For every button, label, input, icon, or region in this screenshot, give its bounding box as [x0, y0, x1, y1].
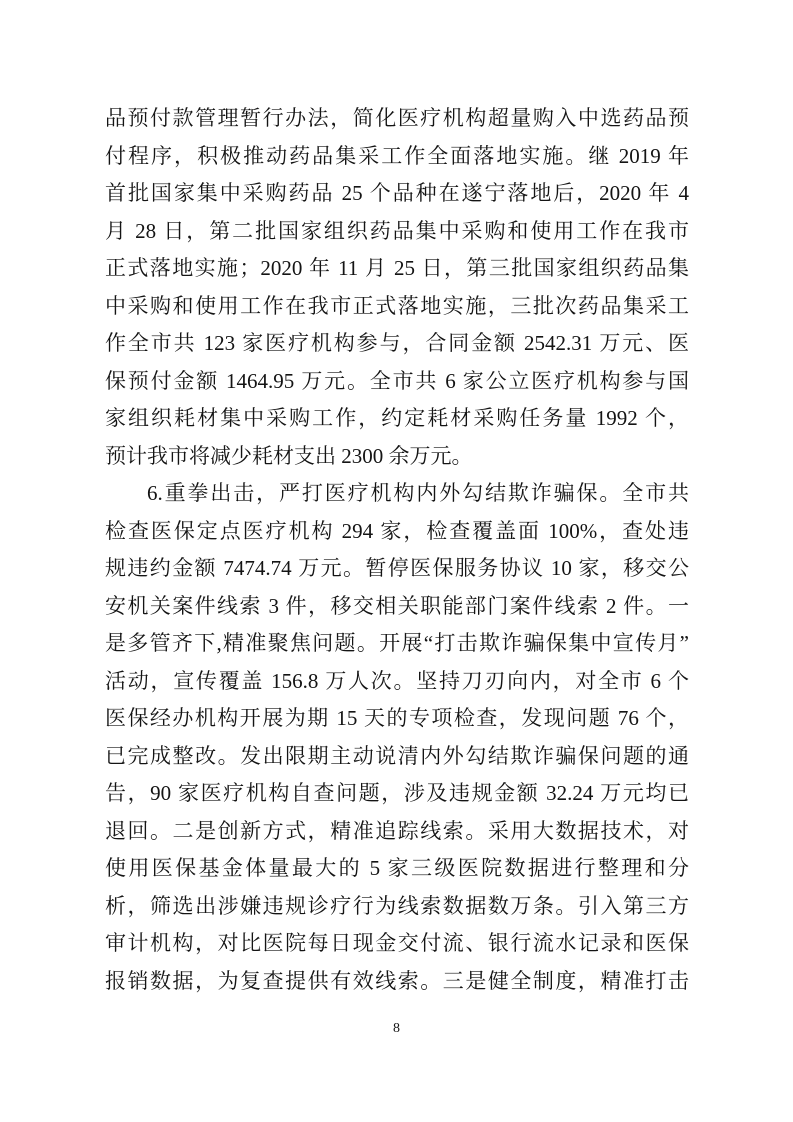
text-line: 安机关案件线索 3 件，移交相关职能部门案件线索 2 件。一	[105, 588, 689, 626]
text-line: 6.重拳出击，严打医疗机构内外勾结欺诈骗保。全市共	[105, 475, 689, 513]
text-line: 保预付金额 1464.95 万元。全市共 6 家公立医疗机构参与国	[105, 363, 689, 401]
text-line: 检查医保定点医疗机构 294 家，检查覆盖面 100%，查处违	[105, 513, 689, 551]
text-line: 已完成整改。发出限期主动说清内外勾结欺诈骗保问题的通	[105, 738, 689, 776]
text-line: 规违约金额 7474.74 万元。暂停医保服务协议 10 家，移交公	[105, 550, 689, 588]
paragraph: 品预付款管理暂行办法，简化医疗机构超量购入中选药品预付程序，积极推动药品集采工作…	[105, 100, 689, 475]
text-line: 报销数据，为复查提供有效线索。三是健全制度，精准打击	[105, 963, 689, 1001]
text-line: 作全市共 123 家医疗机构参与，合同金额 2542.31 万元、医	[105, 325, 689, 363]
page-footer: 8	[0, 1018, 793, 1040]
text-line: 退回。二是创新方式，精准追踪线索。采用大数据技术，对	[105, 813, 689, 851]
text-line: 付程序，积极推动药品集采工作全面落地实施。继 2019 年	[105, 138, 689, 176]
text-line: 品预付款管理暂行办法，简化医疗机构超量购入中选药品预	[105, 100, 689, 138]
text-line: 告，90 家医疗机构自查问题，涉及违规金额 32.24 万元均已	[105, 775, 689, 813]
text-line: 活动，宣传覆盖 156.8 万人次。坚持刀刃向内，对全市 6 个	[105, 663, 689, 701]
text-line: 正式落地实施；2020 年 11 月 25 日，第三批国家组织药品集	[105, 250, 689, 288]
text-line: 中采购和使用工作在我市正式落地实施，三批次药品集采工	[105, 288, 689, 326]
text-line: 使用医保基金体量最大的 5 家三级医院数据进行整理和分	[105, 850, 689, 888]
text-line: 是多管齐下,精准聚焦问题。开展“打击欺诈骗保集中宣传月”	[105, 625, 689, 663]
text-line: 审计机构，对比医院每日现金交付流、银行流水记录和医保	[105, 925, 689, 963]
document-page: 品预付款管理暂行办法，简化医疗机构超量购入中选药品预付程序，积极推动药品集采工作…	[0, 0, 793, 1122]
text-line: 预计我市将减少耗材支出 2300 余万元。	[105, 438, 689, 476]
text-line: 首批国家集中采购药品 25 个品种在遂宁落地后，2020 年 4	[105, 175, 689, 213]
page-number: 8	[393, 1021, 400, 1036]
document-body: 品预付款管理暂行办法，简化医疗机构超量购入中选药品预付程序，积极推动药品集采工作…	[105, 100, 689, 1000]
text-line: 医保经办机构开展为期 15 天的专项检查，发现问题 76 个，	[105, 700, 689, 738]
text-line: 析，筛选出涉嫌违规诊疗行为线索数据数万条。引入第三方	[105, 888, 689, 926]
text-line: 月 28 日，第二批国家组织药品集中采购和使用工作在我市	[105, 213, 689, 251]
text-line: 家组织耗材集中采购工作，约定耗材采购任务量 1992 个，	[105, 400, 689, 438]
paragraph: 6.重拳出击，严打医疗机构内外勾结欺诈骗保。全市共检查医保定点医疗机构 294 …	[105, 475, 689, 1000]
